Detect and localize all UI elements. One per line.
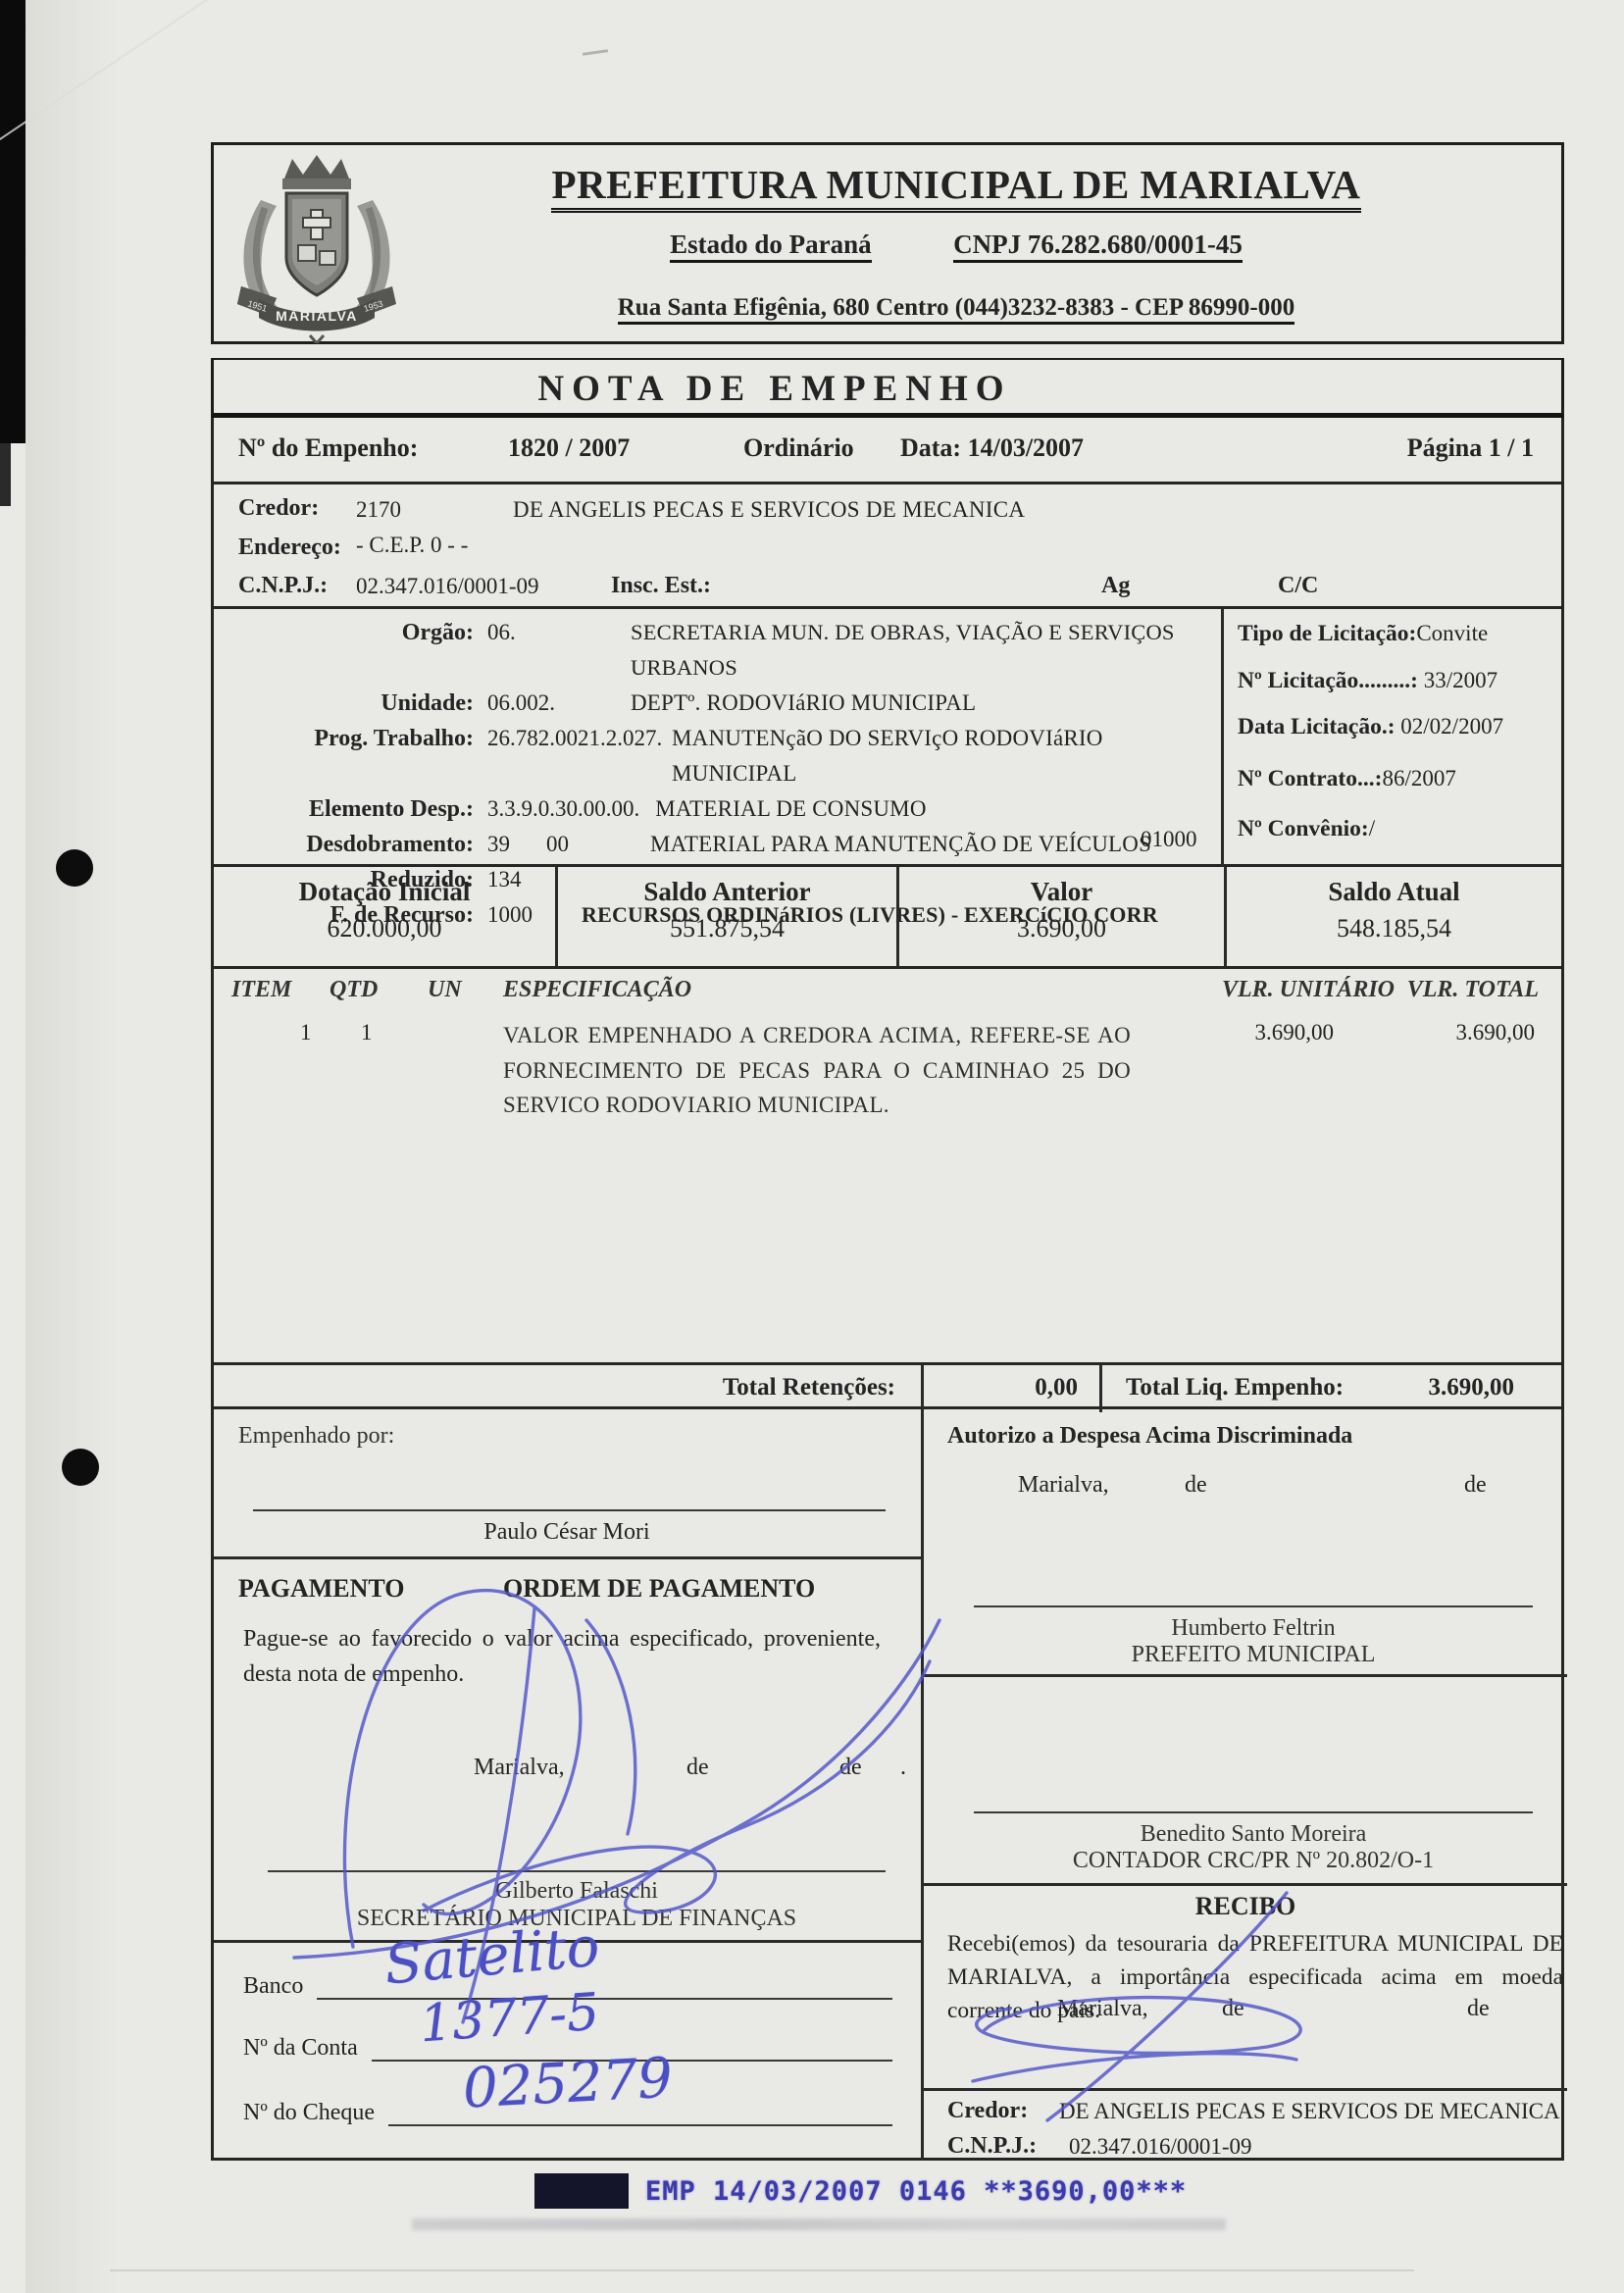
- items-table: ITEM QTD UN ESPECIFICAÇÃO VLR. UNITÁRIO …: [214, 969, 1561, 1362]
- account-number-label: Nº da Conta: [243, 2035, 358, 2062]
- creditor-code: 2170: [356, 497, 401, 523]
- elemento-desc: MATERIAL DE CONSUMO: [655, 791, 926, 827]
- totals-divider-2: [1099, 1365, 1102, 1412]
- pagamento-top-border: [214, 1556, 921, 1559]
- contador-name: Benedito Santo Moreira: [974, 1821, 1533, 1848]
- budget-box: Orgão: 06. SECRETARIA MUN. DE OBRAS, VIA…: [214, 609, 1561, 867]
- header-box: MARIALVA 1951 1953 PREFEITURA MUNICIPAL …: [211, 142, 1564, 344]
- empenho-type: Ordinário: [743, 433, 854, 463]
- total-retencoes-label: Total Retenções:: [214, 1374, 895, 1401]
- licitacao-data-value: 02/02/2007: [1400, 714, 1503, 739]
- main-box: Nº do Empenho: 1820 / 2007 Ordinário Dat…: [211, 418, 1564, 2161]
- budget-row-elemento: Elemento Desp.: 3.3.9.0.30.00.00. MATERI…: [214, 791, 1214, 827]
- desdobramento-code: 39: [487, 827, 546, 862]
- item-number: 1: [300, 1020, 312, 1045]
- budget-row-prog-trabalho: Prog. Trabalho: 26.782.0021.2.027. MANUT…: [214, 721, 1214, 791]
- agency-label: Ag: [1101, 573, 1130, 599]
- convenio-label: Nº Convênio:: [1238, 816, 1369, 841]
- recibo-credor-border: [924, 2088, 1567, 2091]
- total-liq-label: Total Liq. Empenho:: [1126, 1374, 1344, 1401]
- saldo-atual-cell: Saldo Atual 548.185,54: [1224, 867, 1561, 966]
- saldo-atual-label: Saldo Atual: [1227, 877, 1561, 907]
- budget-row-orgao: Orgão: 06. SECRETARIA MUN. DE OBRAS, VIA…: [214, 615, 1214, 686]
- convenio-value: /: [1369, 816, 1375, 841]
- saldo-anterior-value: 551.875,54: [558, 914, 896, 943]
- unidade-desc: DEPTº. RODOVIáRIO MUNICIPAL: [631, 686, 976, 721]
- prog-trabalho-desc: MANUTENçãO DO SERVIçO RODOVIáRIO MUNICIP…: [672, 721, 1214, 791]
- desdobramento-code2: 00: [546, 827, 634, 862]
- item-vlr-total: 3.690,00: [1456, 1020, 1536, 1045]
- prog-trabalho-code: 26.782.0021.2.027.: [487, 721, 656, 756]
- secretario-name: Gilberto Falaschi: [341, 1878, 812, 1905]
- pen-mark: [583, 49, 608, 56]
- address-label: Rua Santa Efigênia, 680 Centro (044)3232…: [618, 294, 1295, 325]
- autorizo-de2: de: [1464, 1472, 1487, 1499]
- account-label: C/C: [1278, 573, 1318, 599]
- unidade-code: 06.002.: [487, 686, 615, 721]
- marialva-coat-of-arms: MARIALVA 1951 1953: [228, 149, 406, 343]
- elemento-code: 3.3.9.0.30.00.00.: [487, 791, 639, 827]
- doc-title: NOTA DE EMPENHO: [537, 369, 1011, 409]
- recibo-de1: de: [1222, 1996, 1244, 2022]
- empenhado-signer-name: Paulo César Mori: [351, 1519, 783, 1546]
- totals-row: Total Retenções: 0,00 Total Liq. Empenho…: [214, 1362, 1561, 1409]
- col-qtd: QTD: [330, 977, 378, 1003]
- contrato-row: Nº Contrato...:86/2007: [1238, 766, 1456, 792]
- scan-bottom-line: [110, 2269, 1414, 2271]
- prefeito-signature-line: [974, 1605, 1533, 1607]
- empenho-number-value: 1820 / 2007: [508, 433, 630, 463]
- pagamento-de1: de: [686, 1755, 709, 1781]
- valor-value: 3.690,00: [899, 914, 1224, 943]
- scan-edge-shadow: [25, 0, 119, 2293]
- pagamento-body: Pague-se ao favorecido o valor acima esp…: [243, 1621, 881, 1692]
- recibo-credor-label: Credor:: [947, 2098, 1028, 2124]
- secretario-signature-line: [268, 1870, 886, 1872]
- budget-divider: [1221, 609, 1224, 867]
- saldo-atual-value: 548.185,54: [1227, 914, 1561, 943]
- column-divider: [921, 1409, 924, 2161]
- orgao-code: 06.: [487, 615, 615, 650]
- state-label: Estado do Paraná: [670, 229, 872, 263]
- item-qtd: 1: [361, 1020, 373, 1045]
- cnpj-label: CNPJ 76.282.680/0001-45: [953, 229, 1243, 263]
- creditor-label: Credor:: [238, 495, 319, 522]
- licitacao-numero-label: Nº Licitação.........:: [1238, 668, 1418, 693]
- convenio-row: Nº Convênio:/: [1238, 816, 1375, 842]
- ink-smudge: [412, 2218, 1226, 2230]
- bank-label: Banco: [243, 1973, 303, 2000]
- pagamento-de2: de: [839, 1755, 862, 1781]
- col-vlr-unitario: VLR. UNITÁRIO: [1222, 977, 1395, 1003]
- col-vlr-total: VLR. TOTAL: [1407, 977, 1539, 1003]
- header-title-row: PREFEITURA MUNICIPAL DE MARIALVA: [420, 161, 1493, 208]
- scan-edge-artifact-small: [0, 443, 11, 506]
- contador-signature-line: [974, 1811, 1533, 1813]
- orgao-label: Orgão:: [214, 615, 474, 650]
- empenho-number-label: Nº do Empenho:: [238, 433, 418, 463]
- valor-label: Valor: [899, 877, 1224, 907]
- desdobramento-desc: MATERIAL PARA MANUTENÇÃO DE VEÍCULOS: [650, 827, 1151, 862]
- col-un: UN: [428, 977, 462, 1003]
- unidade-label: Unidade:: [214, 686, 474, 721]
- ordem-pagamento-title: ORDEM DE PAGAMENTO: [503, 1574, 815, 1604]
- dotacao-inicial-cell: Dotação Inicial 620.000,00: [214, 867, 555, 966]
- contrato-value: 86/2007: [1382, 766, 1455, 790]
- saldo-anterior-label: Saldo Anterior: [558, 877, 896, 907]
- autorizo-city: Marialva,: [1018, 1472, 1109, 1499]
- allocation-row: Dotação Inicial 620.000,00 Saldo Anterio…: [214, 867, 1561, 969]
- item-description: VALOR EMPENHADO A CREDORA ACIMA, REFERE-…: [503, 1018, 1131, 1123]
- col-especificacao: ESPECIFICAÇÃO: [503, 977, 691, 1003]
- prefeito-role: PREFEITO MUNICIPAL: [974, 1642, 1533, 1668]
- hole-punch-top: [56, 849, 93, 887]
- signatures-section: Empenhado por: Paulo César Mori PAGAMENT…: [214, 1409, 1561, 2161]
- autorizo-de1: de: [1185, 1472, 1207, 1499]
- prefeito-cell-border: [924, 1674, 1567, 1677]
- creditor-name: DE ANGELIS PECAS E SERVICOS DE MECANICA: [513, 497, 1025, 523]
- recibo-cnpj-value: 02.347.016/0001-09: [1069, 2134, 1252, 2160]
- pagamento-city: Marialva,: [474, 1755, 565, 1781]
- recibo-credor-value: DE ANGELIS PECAS E SERVICOS DE MECANICA: [1059, 2099, 1560, 2124]
- cnpj-field-value: 02.347.016/0001-09: [356, 574, 539, 599]
- state-reg-label: Insc. Est.:: [611, 573, 711, 599]
- recurso-extra-code: 01000: [1141, 827, 1197, 852]
- budget-row-unidade: Unidade: 06.002. DEPTº. RODOVIáRIO MUNIC…: [214, 686, 1214, 721]
- doc-title-band: NOTA DE EMPENHO: [211, 358, 1564, 418]
- hole-punch-bottom: [62, 1449, 99, 1486]
- orgao-desc: SECRETARIA MUN. DE OBRAS, VIAÇÃO E SERVI…: [631, 615, 1214, 686]
- recibo-cnpj-label: C.N.P.J.:: [947, 2133, 1037, 2160]
- recibo-de2: de: [1467, 1996, 1490, 2022]
- dotacao-inicial-value: 620.000,00: [214, 914, 555, 943]
- recibo-top-border: [924, 1883, 1567, 1886]
- col-item: ITEM: [231, 977, 291, 1003]
- logo-banner-text: MARIALVA: [276, 308, 358, 324]
- total-retencoes-value: 0,00: [921, 1374, 1078, 1401]
- desdobramento-label: Desdobramento:: [214, 827, 474, 862]
- contrato-label: Nº Contrato...:: [1238, 766, 1382, 791]
- prefeito-name: Humberto Feltrin: [974, 1615, 1533, 1642]
- page-title: PREFEITURA MUNICIPAL DE MARIALVA: [551, 162, 1360, 213]
- pagamento-period: .: [900, 1755, 906, 1781]
- licitacao-tipo-row: Tipo de Licitação:Convite: [1238, 621, 1488, 647]
- address-field-value: - C.E.P. 0 - -: [356, 533, 468, 558]
- valor-cell: Valor 3.690,00: [896, 867, 1224, 966]
- autorizo-title: Autorizo a Despesa Acima Discriminada: [947, 1423, 1352, 1450]
- empenhado-por-label: Empenhado por:: [238, 1423, 394, 1450]
- budget-row-desdobramento: Desdobramento: 39 00 MATERIAL PARA MANUT…: [214, 827, 1214, 862]
- header-address-row: Rua Santa Efigênia, 680 Centro (044)3232…: [420, 294, 1493, 322]
- recibo-title: RECIBO: [924, 1892, 1567, 1921]
- licitacao-data-row: Data Licitação.: 02/02/2007: [1238, 714, 1503, 740]
- dotacao-inicial-label: Dotação Inicial: [214, 877, 555, 907]
- saldo-anterior-cell: Saldo Anterior 551.875,54: [555, 867, 896, 966]
- page-indicator: Página 1 / 1: [1407, 433, 1534, 463]
- scan-edge-artifact: [0, 0, 25, 443]
- prog-trabalho-label: Prog. Trabalho:: [214, 721, 474, 756]
- elemento-label: Elemento Desp.:: [214, 791, 474, 827]
- licitacao-data-label: Data Licitação.:: [1238, 714, 1396, 739]
- recibo-city: Marialva,: [1057, 1996, 1148, 2022]
- handwritten-account-number: 1377-5: [418, 1983, 601, 2055]
- stamp-block: [534, 2173, 629, 2209]
- licitacao-tipo-value: Convite: [1416, 621, 1488, 645]
- licitacao-tipo-label: Tipo de Licitação:: [1238, 621, 1416, 646]
- licitacao-numero-value: 33/2007: [1424, 668, 1497, 692]
- cnpj-field-label: C.N.P.J.:: [238, 573, 328, 599]
- scanned-document-page: MARIALVA 1951 1953 PREFEITURA MUNICIPAL …: [0, 0, 1624, 2293]
- empenhado-signature-line: [253, 1509, 886, 1511]
- validator-stamp-text: EMP 14/03/2007 0146 **3690,00***: [645, 2176, 1187, 2207]
- pagamento-title: PAGAMENTO: [238, 1574, 404, 1604]
- item-vlr-unitario: 3.690,00: [1255, 1020, 1335, 1045]
- empenho-date: Data: 14/03/2007: [900, 433, 1084, 463]
- handwritten-cheque-number: 025279: [461, 2046, 674, 2120]
- address-field-label: Endereço:: [238, 535, 341, 561]
- contador-role: CONTADOR CRC/PR Nº 20.802/O-1: [974, 1848, 1533, 1874]
- cheque-number-label: Nº do Cheque: [243, 2100, 375, 2126]
- creditor-box: Credor: 2170 DE ANGELIS PECAS E SERVICOS…: [214, 482, 1561, 609]
- header-subtitle-row: Estado do Paraná CNPJ 76.282.680/0001-45: [420, 229, 1493, 260]
- licitacao-numero-row: Nº Licitação.........: 33/2007: [1238, 668, 1497, 694]
- total-liq-value: 3.690,00: [1429, 1374, 1515, 1401]
